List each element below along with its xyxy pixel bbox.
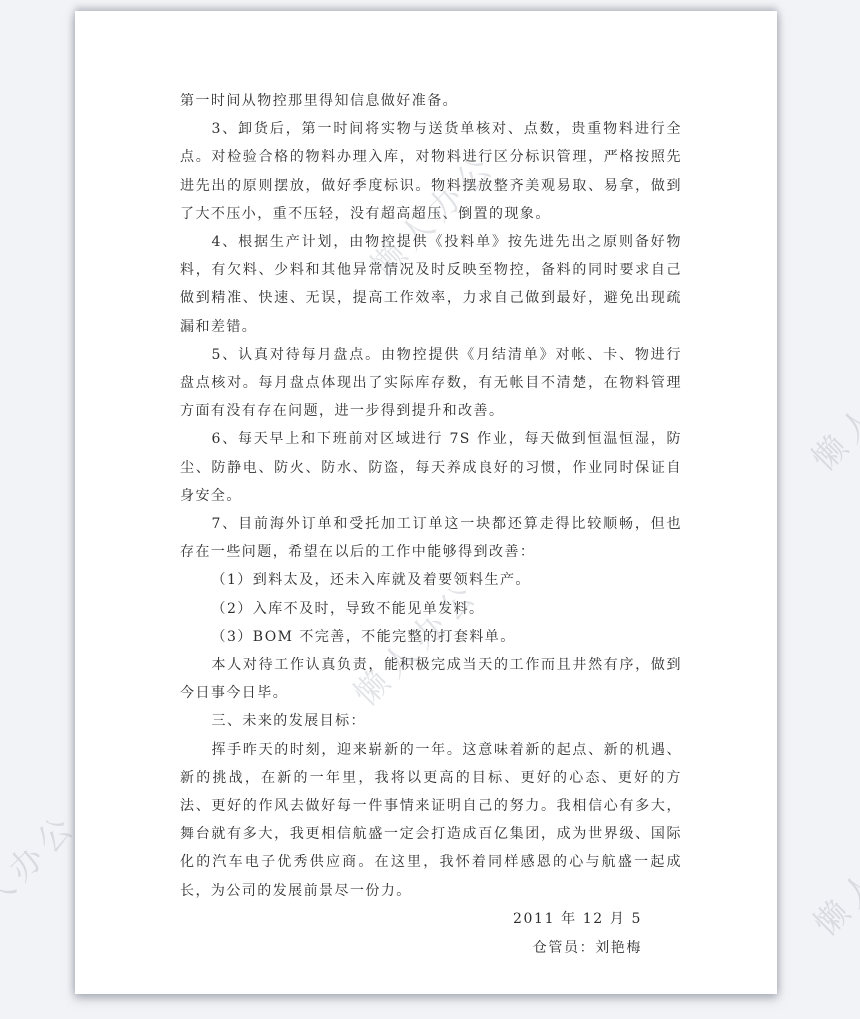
document-paragraph: 第一时间从物控那里得知信息做好准备。 (180, 87, 682, 115)
document-signer: 仓管员：刘艳梅 (180, 934, 642, 963)
paragraph-list: 第一时间从物控那里得知信息做好准备。 3、卸货后，第一时间将实物与送货单核对、点… (180, 87, 682, 905)
document-paragraph: 5、认真对待每月盘点。由物控提供《月结清单》对帐、卡、物进行盘点核对。每月盘点体… (180, 341, 682, 426)
document-paragraph: （2）入库不及时，导致不能见单发料。 (180, 595, 682, 623)
document-viewer-background: 第一时间从物控那里得知信息做好准备。 3、卸货后，第一时间将实物与送货单核对、点… (0, 0, 860, 1019)
document-page: 第一时间从物控那里得知信息做好准备。 3、卸货后，第一时间将实物与送货单核对、点… (75, 11, 777, 994)
document-paragraph: 挥手昨天的时刻，迎来崭新的一年。这意味着新的起点、新的机遇、新的挑战，在新的一年… (180, 736, 682, 905)
signature-block: 2011 年 12 月 5 仓管员：刘艳梅 (180, 905, 682, 963)
watermark-text: 懒人办公 (798, 795, 860, 948)
document-paragraph: 三、未来的发展目标： (180, 707, 682, 735)
document-paragraph: 7、目前海外订单和受托加工订单这一块都还算走得比较顺畅，但也存在一些问题，希望在… (180, 510, 682, 566)
document-paragraph: 6、每天早上和下班前对区域进行 7S 作业，每天做到恒温恒湿，防尘、防静电、防火… (180, 425, 682, 510)
document-date: 2011 年 12 月 5 (180, 905, 642, 934)
document-paragraph: 4、根据生产计划，由物控提供《投料单》按先进先出之原则备好物料，有欠料、少料和其… (180, 228, 682, 341)
document-paragraph: （1）到料太及，还未入库就及着要领料生产。 (180, 566, 682, 594)
document-body: 第一时间从物控那里得知信息做好准备。 3、卸货后，第一时间将实物与送货单核对、点… (180, 87, 682, 963)
watermark-text: 懒人办公 (796, 330, 860, 483)
document-paragraph: 3、卸货后，第一时间将实物与送货单核对、点数，贵重物料进行全点。对检验合格的物料… (180, 115, 682, 228)
document-paragraph: （3）BOM 不完善，不能完整的打套料单。 (180, 623, 682, 651)
document-paragraph: 本人对待工作认真负责，能积极完成当天的工作而且井然有序，做到今日事今日毕。 (180, 651, 682, 707)
